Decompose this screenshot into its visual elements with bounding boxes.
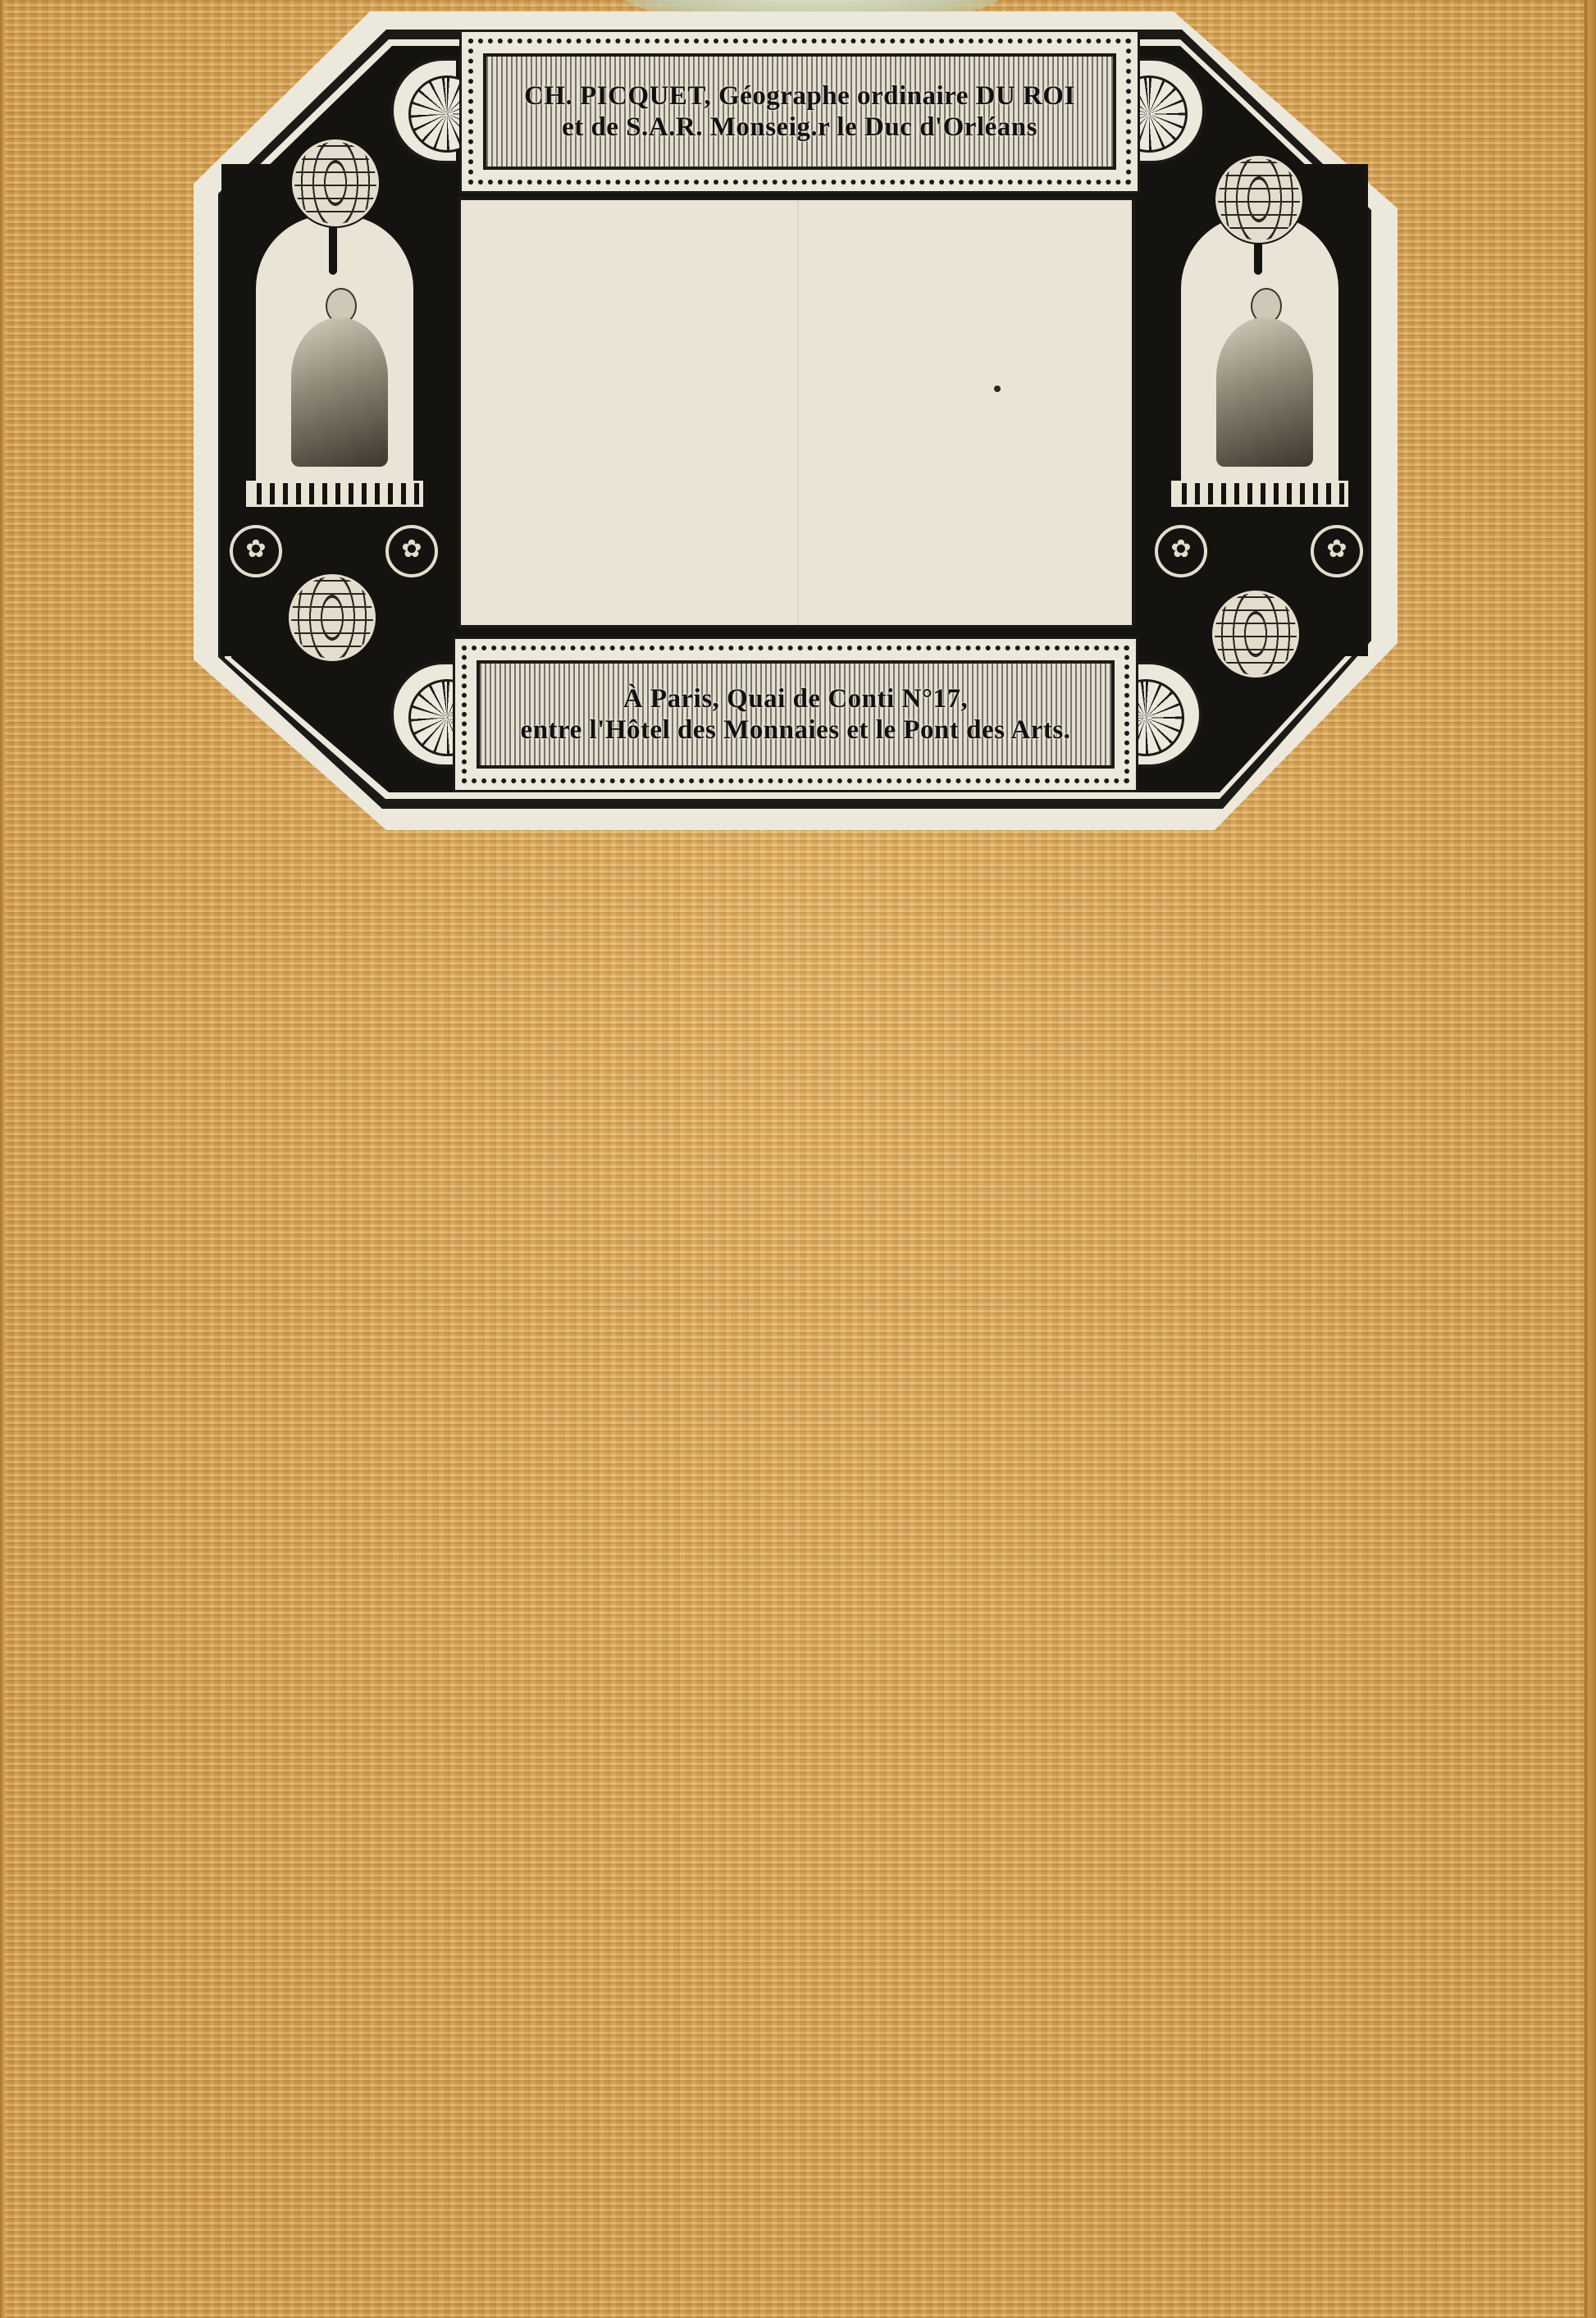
banner-text-box: À Paris, Quai de Conti N°17, entre l'Hôt…	[477, 660, 1115, 769]
address-line-2: entre l'Hôtel des Monnaies et le Pont de…	[521, 714, 1071, 746]
figure-body	[1216, 317, 1313, 467]
globe-icon	[289, 574, 376, 661]
flower-ornament-icon	[385, 525, 438, 577]
publisher-title-line: et de S.A.R. Monseig.r le Duc d'Orléans	[562, 112, 1037, 143]
publisher-name-line: CH. PICQUET, Géographe ordinaire DU ROI	[524, 80, 1075, 112]
flower-ornament-icon	[1155, 525, 1207, 577]
right-allegorical-figure	[1208, 288, 1315, 468]
blank-title-cartouche	[458, 197, 1135, 628]
address-banner: À Paris, Quai de Conti N°17, entre l'Hôt…	[453, 637, 1138, 792]
banner-text-box: CH. PICQUET, Géographe ordinaire DU ROI …	[483, 53, 1116, 170]
right-plinth	[1171, 481, 1348, 507]
gothic-arch-right	[1181, 215, 1338, 482]
globe-icon	[1212, 591, 1299, 678]
ink-speck	[994, 386, 1001, 392]
globe-icon	[1215, 156, 1302, 243]
flower-ornament-icon	[230, 525, 282, 577]
flower-ornament-icon	[1311, 525, 1363, 577]
left-plinth	[246, 481, 423, 507]
globe-icon	[292, 139, 379, 226]
cover-left-edge	[0, 0, 5, 2318]
cover-right-edge	[1585, 0, 1596, 2318]
address-line-1: À Paris, Quai de Conti N°17,	[623, 683, 968, 714]
figure-body	[291, 317, 388, 467]
gothic-arch-left	[256, 215, 413, 482]
publisher-name-banner: CH. PICQUET, Géographe ordinaire DU ROI …	[459, 30, 1140, 194]
paper-fold-line	[797, 200, 799, 625]
left-allegorical-figure	[283, 288, 390, 468]
